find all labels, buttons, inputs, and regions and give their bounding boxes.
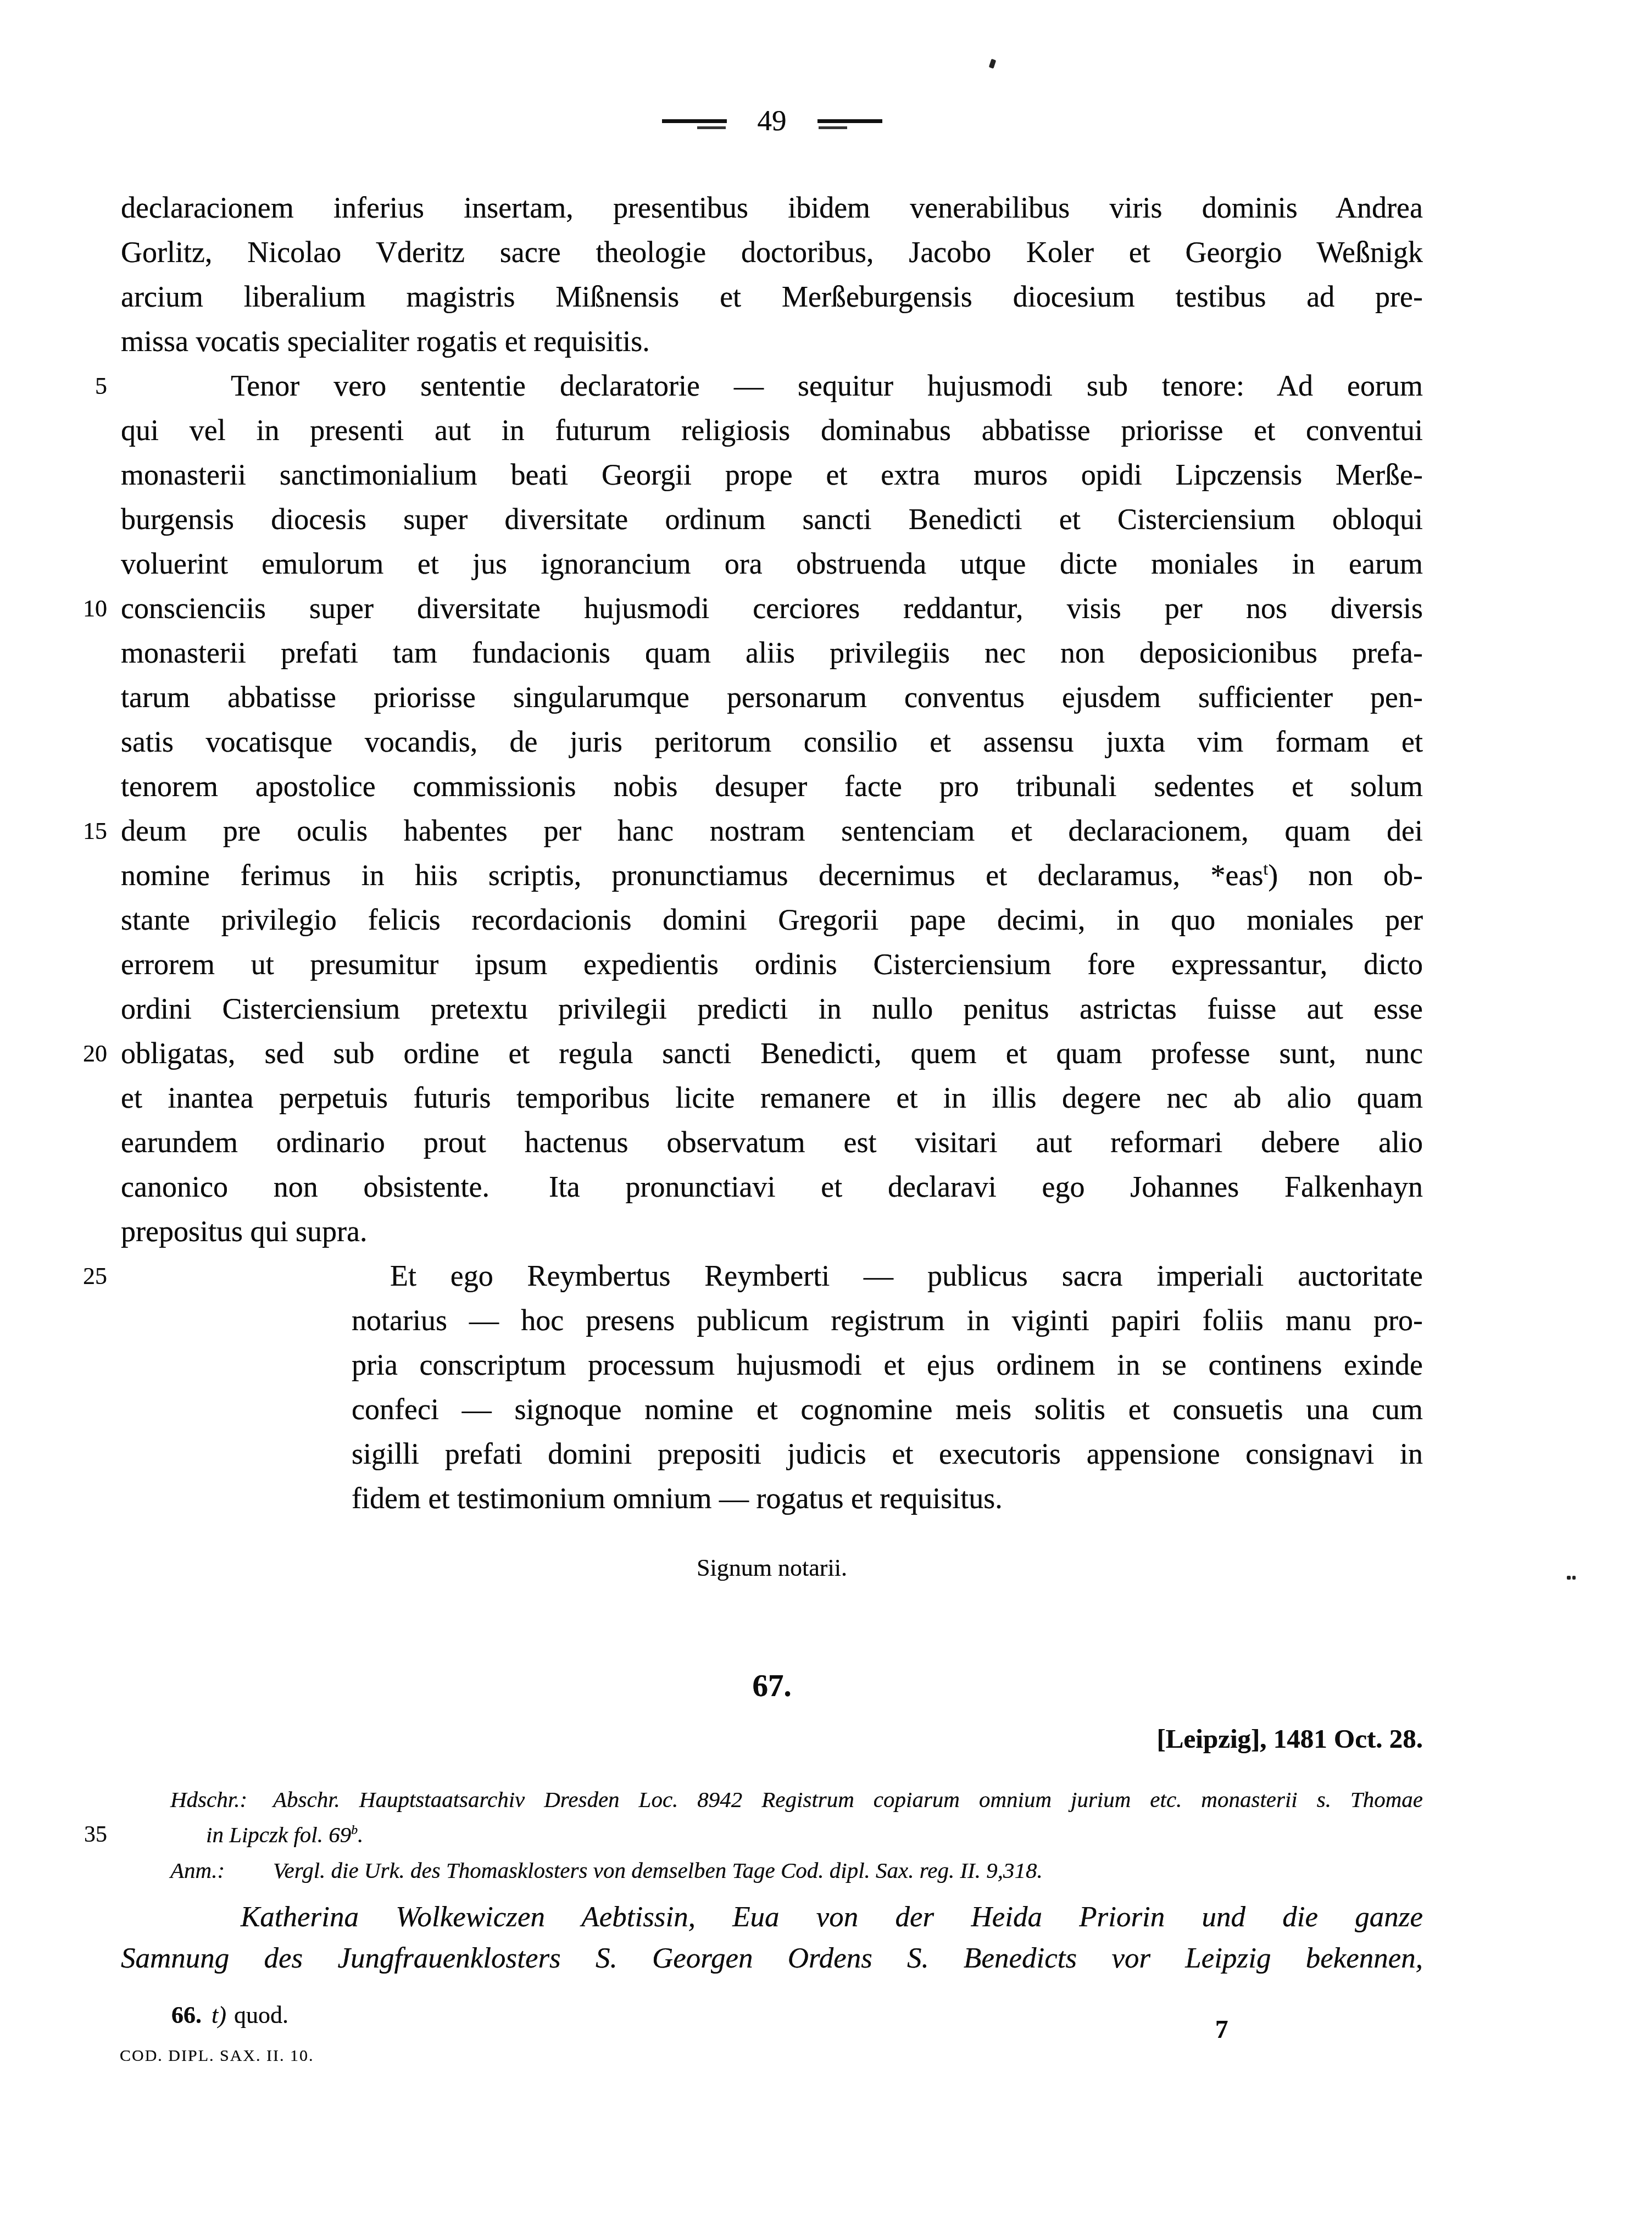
body-line: errorem ut presumitur ipsum expedientis … bbox=[121, 942, 1423, 987]
regest-line-1: Katherina Wolkewiczen Aebtissin, Eua von… bbox=[121, 1897, 1423, 1938]
body-line: satis vocatisque vocandis, de juris peri… bbox=[121, 720, 1423, 764]
margin-line-number: 25 bbox=[52, 1254, 107, 1298]
body-line: voluerint emulorum et jus ignorancium or… bbox=[121, 542, 1423, 586]
body-line: ordini Cisterciensium pretextu privilegi… bbox=[121, 987, 1423, 1031]
body-line: obligatas, sed sub ordine et regula sanc… bbox=[121, 1031, 1423, 1076]
body-line: Et ego Reymbertus Reymberti — publicus s… bbox=[121, 1254, 1423, 1298]
entry-number-heading: 67. bbox=[121, 1668, 1423, 1704]
body-line: prepositus qui supra. bbox=[121, 1209, 1423, 1254]
body-line: monasterii sanctimonialium beati Georgii… bbox=[121, 453, 1423, 497]
margin-line-number-column: 35 510152025 bbox=[52, 0, 107, 2234]
entry-dateline: [Leipzig], 1481 Oct. 28. bbox=[121, 1723, 1423, 1754]
body-line: declaracionem inferius insertam, present… bbox=[121, 186, 1423, 230]
signature-number: 7 bbox=[1215, 2013, 1228, 2046]
scanned-book-page: 49 35 510152025 declaracionem inferius i… bbox=[0, 0, 1652, 2234]
regest-line-2: Samnung des Jungfrauenklosters S. George… bbox=[121, 1938, 1423, 1979]
margin-line-number: 15 bbox=[52, 809, 107, 853]
footnote-mark: t) bbox=[212, 2002, 226, 2029]
body-line: pria conscriptum processum hujusmodi et … bbox=[121, 1343, 1423, 1387]
series-imprint: COD. DIPL. SAX. II. 10. bbox=[120, 2045, 314, 2067]
source-line-1: Abschr. Hauptstaatsarchiv Dresden Loc. 8… bbox=[273, 1782, 1423, 1817]
body-line: nomine ferimus in hiis scriptis, pronunc… bbox=[121, 853, 1423, 898]
body-line: missa vocatis specialiter rogatis et req… bbox=[121, 319, 1423, 364]
body-line: monasterii prefati tam fundacionis quam … bbox=[121, 631, 1423, 675]
body-line: Gorlitz, Nicolao Vderitz sacre theologie… bbox=[121, 230, 1423, 275]
body-line: fidem et testimonium omnium — rogatus et… bbox=[121, 1476, 1423, 1521]
body-line: tenorem apostolice commissionis nobis de… bbox=[121, 764, 1423, 809]
body-line: canonico non obsistente. Ita pronunctiav… bbox=[121, 1165, 1423, 1209]
footnote-text: quod. bbox=[234, 2002, 288, 2029]
body-line: burgensis diocesis super diversitate ord… bbox=[121, 497, 1423, 542]
body-line: Tenor vero sententie declaratorie — sequ… bbox=[121, 364, 1423, 408]
body-line: conscienciis super diversitate hujusmodi… bbox=[121, 586, 1423, 631]
body-line: confeci — signoque nomine et cognomine m… bbox=[121, 1387, 1423, 1432]
body-line: deum pre oculis habentes per hanc nostra… bbox=[121, 809, 1423, 853]
body-line: notarius — hoc presens publicum registru… bbox=[121, 1298, 1423, 1343]
body-line: arcium liberalium magistris Mißnensis et… bbox=[121, 275, 1423, 319]
scan-speck bbox=[1567, 1576, 1571, 1580]
source-label: Hdschr.: bbox=[170, 1782, 247, 1817]
margin-line-number: 20 bbox=[52, 1031, 107, 1076]
note-text: Vergl. die Urk. des Thomasklosters von d… bbox=[273, 1853, 1423, 1888]
margin-line-number: 35 bbox=[52, 1817, 107, 1852]
margin-line-number: 5 bbox=[52, 364, 107, 408]
margin-line-number: 10 bbox=[52, 586, 107, 631]
signum-notarii-line: Signum notarii. bbox=[121, 1554, 1423, 1582]
scan-speck bbox=[1572, 1576, 1576, 1580]
body-line: tarum abbatisse priorisse singularumque … bbox=[121, 675, 1423, 720]
body-line: earundem ordinario prout hactenus observ… bbox=[121, 1120, 1423, 1165]
source-line-2: in Lipczk fol. 69b. bbox=[206, 1817, 363, 1852]
body-line: et inantea perpetuis futuris temporibus … bbox=[121, 1076, 1423, 1120]
footnote-entry-ref: 66. bbox=[171, 2002, 202, 2029]
body-line: sigilli prefati domini prepositi judicis… bbox=[121, 1432, 1423, 1476]
footnote: 66.t)quod. bbox=[171, 1999, 288, 2032]
body-line: qui vel in presenti aut in futurum relig… bbox=[121, 408, 1423, 453]
note-label: Anm.: bbox=[170, 1853, 225, 1888]
body-line: stante privilegio felicis recordacionis … bbox=[121, 898, 1423, 942]
